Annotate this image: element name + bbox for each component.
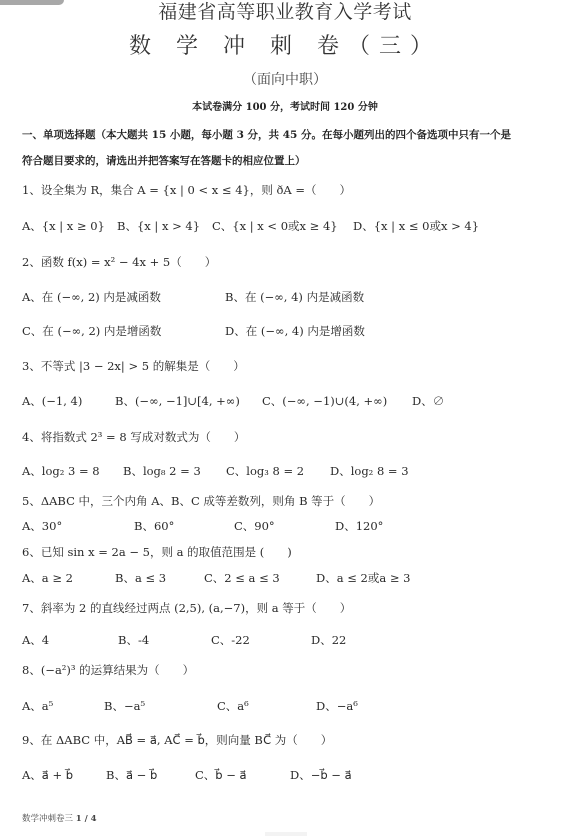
page-footer: 数学冲刺卷三 1 / 4	[22, 811, 97, 827]
question-3-option-d[interactable]: D、∅	[412, 393, 444, 409]
question-2-option-d[interactable]: D、在 (−∞, 4) 内是增函数	[225, 323, 365, 339]
question-5-option-b[interactable]: B、60°	[134, 518, 174, 534]
bottom-scroll-mark	[265, 832, 307, 836]
question-4-option-d[interactable]: D、log₂ 8 = 3	[330, 463, 409, 479]
question-3-stem: 3、不等式 |3 − 2x| > 5 的解集是（ ）	[22, 358, 245, 374]
question-2-option-b[interactable]: B、在 (−∞, 4) 内是减函数	[225, 289, 364, 305]
question-1-option-d[interactable]: D、{x | x ≤ 0或x > 4}	[353, 218, 479, 234]
question-5-option-d[interactable]: D、120°	[335, 518, 383, 534]
paper-title: 数 学 冲 刺 卷（三）	[0, 33, 570, 61]
question-7-option-a[interactable]: A、4	[22, 632, 49, 648]
question-8-option-a[interactable]: A、a⁵	[22, 698, 53, 714]
question-8-option-c[interactable]: C、a⁶	[217, 698, 249, 714]
footer-label: 数学冲刺卷三	[22, 814, 73, 824]
question-2-option-c[interactable]: C、在 (−∞, 2) 内是增函数	[22, 323, 161, 339]
question-9-option-a[interactable]: A、a⃗ + b⃗	[22, 767, 73, 783]
question-4-stem: 4、将指数式 2³ = 8 写成对数式为（ ）	[22, 429, 245, 445]
question-6-option-a[interactable]: A、a ≥ 2	[22, 570, 73, 586]
question-1-option-c[interactable]: C、{x | x < 0或x ≥ 4}	[212, 218, 338, 234]
question-4-option-a[interactable]: A、log₂ 3 = 8	[22, 463, 100, 479]
question-8-option-b[interactable]: B、−a⁵	[104, 698, 145, 714]
question-8-option-d[interactable]: D、−a⁶	[316, 698, 358, 714]
question-1-option-a[interactable]: A、{x | x ≥ 0}	[22, 218, 105, 234]
exam-info: 本试卷满分 100 分，考试时间 120 分钟	[0, 100, 570, 116]
question-6-stem: 6、已知 sin x = 2a − 5，则 a 的取值范围是 ( )	[22, 544, 292, 560]
question-5-stem: 5、ΔABC 中，三个内角 A、B、C 成等差数列，则角 B 等于（ ）	[22, 493, 380, 509]
question-8-stem: 8、(−a²)³ 的运算结果为（ ）	[22, 662, 194, 678]
question-7-option-d[interactable]: D、22	[311, 632, 346, 648]
question-3-option-b[interactable]: B、(−∞, −1]∪[4, +∞)	[115, 393, 240, 409]
question-9-option-d[interactable]: D、−b⃗ − a⃗	[290, 767, 352, 783]
section-heading-line2: 符合题目要求的，请选出并把答案写在答题卡的相应位置上）	[22, 153, 306, 169]
question-7-stem: 7、斜率为 2 的直线经过两点 (2,5), (a,−7)，则 a 等于（ ）	[22, 600, 351, 616]
question-1-stem: 1、设全集为 R，集合 A = {x | 0 < x ≤ 4}，则 ðA =（ …	[22, 182, 351, 198]
question-9-option-c[interactable]: C、b⃗ − a⃗	[195, 767, 247, 783]
audience-subtitle: （面向中职）	[0, 70, 570, 90]
question-4-option-c[interactable]: C、log₃ 8 = 2	[226, 463, 304, 479]
question-9-option-b[interactable]: B、a⃗ − b⃗	[106, 767, 157, 783]
question-6-option-b[interactable]: B、a ≤ 3	[115, 570, 166, 586]
question-1-option-b[interactable]: B、{x | x > 4}	[117, 218, 200, 234]
question-3-option-a[interactable]: A、(−1, 4)	[22, 393, 82, 409]
question-2-option-a[interactable]: A、在 (−∞, 2) 内是减函数	[22, 289, 161, 305]
question-6-option-d[interactable]: D、a ≤ 2或a ≥ 3	[316, 570, 410, 586]
question-5-option-c[interactable]: C、90°	[234, 518, 275, 534]
question-4-option-b[interactable]: B、log₈ 2 = 3	[123, 463, 201, 479]
question-5-option-a[interactable]: A、30°	[22, 518, 62, 534]
question-7-option-c[interactable]: C、-22	[211, 632, 250, 648]
exam-name: 福建省高等职业教育入学考试	[0, 0, 570, 24]
question-2-stem: 2、函数 f(x) = x² − 4x + 5（ ）	[22, 254, 216, 270]
question-3-option-c[interactable]: C、(−∞, −1)∪(4, +∞)	[262, 393, 387, 409]
question-6-option-c[interactable]: C、2 ≤ a ≤ 3	[204, 570, 280, 586]
page-number: 1 / 4	[76, 814, 97, 824]
question-9-stem: 9、在 ΔABC 中，AB⃗ = a⃗, AC⃗ = b⃗，则向量 BC⃗ 为（…	[22, 732, 332, 748]
question-7-option-b[interactable]: B、-4	[118, 632, 149, 648]
section-heading-line1: 一、单项选择题（本大题共 15 小题，每小题 3 分，共 45 分。在每小题列出…	[22, 127, 511, 143]
